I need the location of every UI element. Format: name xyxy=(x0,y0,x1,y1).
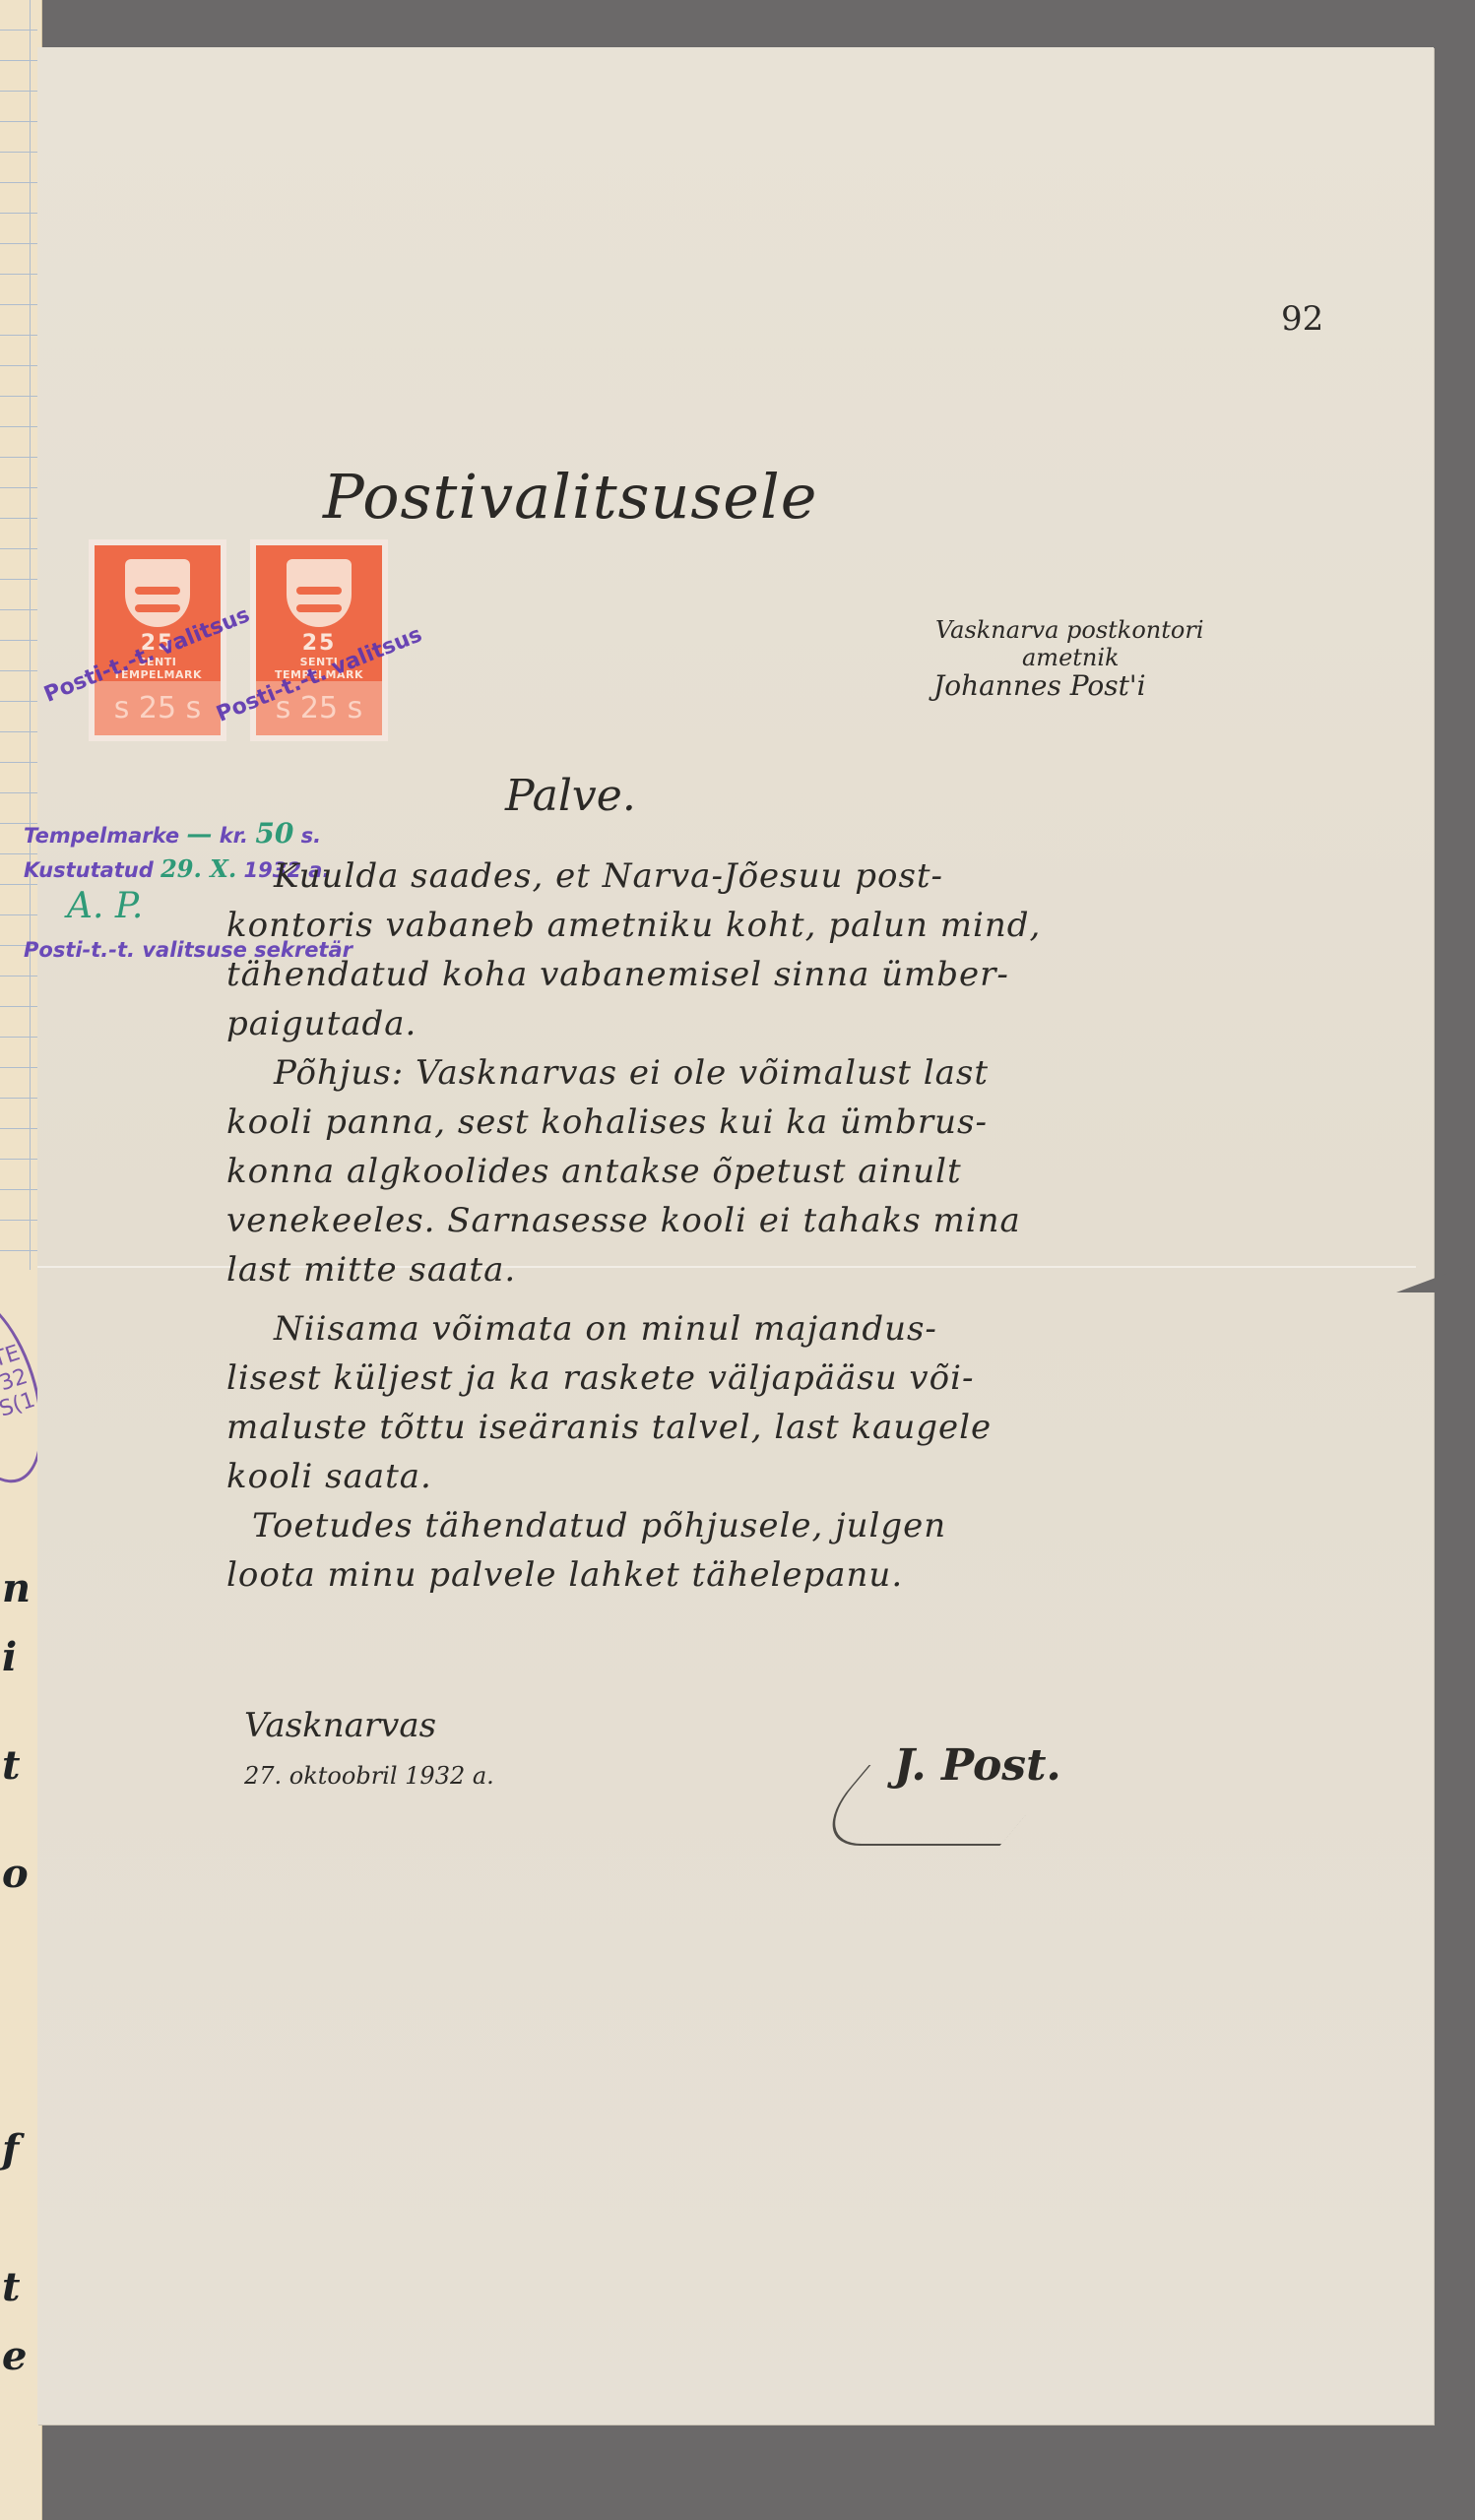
annotation-label: Kustutatud xyxy=(24,858,154,882)
body-line: kooli saata. xyxy=(226,1457,432,1496)
signature: J. Post. xyxy=(894,1740,1061,1791)
underlying-handwriting: i xyxy=(2,1634,17,1680)
secretary-initials: A. P. xyxy=(67,886,143,926)
annotation-s-label: s. xyxy=(301,824,321,848)
body-line: Kuulda saades, et Narva-Jõesuu post- xyxy=(274,856,943,896)
body-line: Põhjus: Vasknarvas ei ole võimalust last xyxy=(274,1053,989,1093)
letter-title: Palve. xyxy=(505,771,636,821)
revenue-stamp: 25 SENTI TEMPELMARK s 25 s xyxy=(250,539,388,741)
annotation-kr-value: — xyxy=(186,820,212,850)
underlying-handwriting: o xyxy=(2,1851,29,1897)
closing-date: 27. oktoobril 1932 a. xyxy=(244,1762,494,1790)
coat-of-arms-icon xyxy=(125,559,190,627)
addressee-heading: Postivalitsusele xyxy=(323,461,817,533)
stamp-amount-line: Tempelmarke — kr. 50 s. xyxy=(24,817,321,850)
body-line: maluste tõttu iseäranis talvel, last kau… xyxy=(226,1408,992,1447)
coat-of-arms-icon xyxy=(287,559,352,627)
body-line: Toetudes tähendatud põhjusele, julgen xyxy=(252,1506,946,1545)
body-line: paigutada. xyxy=(226,1004,417,1043)
annotation-label: Tempelmarke xyxy=(24,824,179,848)
body-line: konna algkoolides antakse õpetust ainult xyxy=(226,1152,962,1191)
body-line: last mitte saata. xyxy=(226,1250,516,1290)
body-line: lisest küljest ja ka raskete väljapääsu … xyxy=(226,1358,974,1398)
sender-name: Johannes Post'i xyxy=(933,669,1146,702)
body-line: kooli panna, sest kohalises kui ka ümbru… xyxy=(226,1102,988,1142)
annotation-s-value: 50 xyxy=(255,817,293,850)
underlying-handwriting: n xyxy=(2,1565,31,1611)
body-line: tähendatud koha vabanemisel sinna ümber- xyxy=(226,955,1009,994)
underlying-handwriting: t xyxy=(2,2264,20,2310)
body-line: Niisama võimata on minul majandus- xyxy=(274,1309,937,1349)
stamp-denomination: 25 xyxy=(302,631,337,656)
body-line: kontoris vabaneb ametniku koht, palun mi… xyxy=(226,906,1041,945)
underlying-handwriting: e xyxy=(2,2333,27,2379)
underlying-page: -TE VI 32 S(1 n i t o f t e xyxy=(0,0,42,2520)
annotation-kr-label: kr. xyxy=(220,824,248,848)
letter-sheet: 92 Postivalitsusele Vasknarva postkontor… xyxy=(37,47,1434,2425)
sender-office: Vasknarva postkontori xyxy=(935,616,1204,644)
body-line: venekeeles. Sarnasesse kooli ei tahaks m… xyxy=(226,1201,1021,1240)
graph-paper-lines xyxy=(0,0,37,1270)
body-line: loota minu palvele lahket tähelepanu. xyxy=(226,1555,903,1595)
sender-position: ametnik xyxy=(1022,644,1120,671)
archive-page-number: 92 xyxy=(1281,299,1323,339)
underlying-handwriting: t xyxy=(2,1742,20,1789)
annotation-date: 29. X. xyxy=(160,854,236,883)
underlying-handwriting: f xyxy=(2,2126,19,2173)
closing-place: Vasknarvas xyxy=(244,1706,436,1745)
stamp-value-band: s 25 s xyxy=(95,681,221,735)
